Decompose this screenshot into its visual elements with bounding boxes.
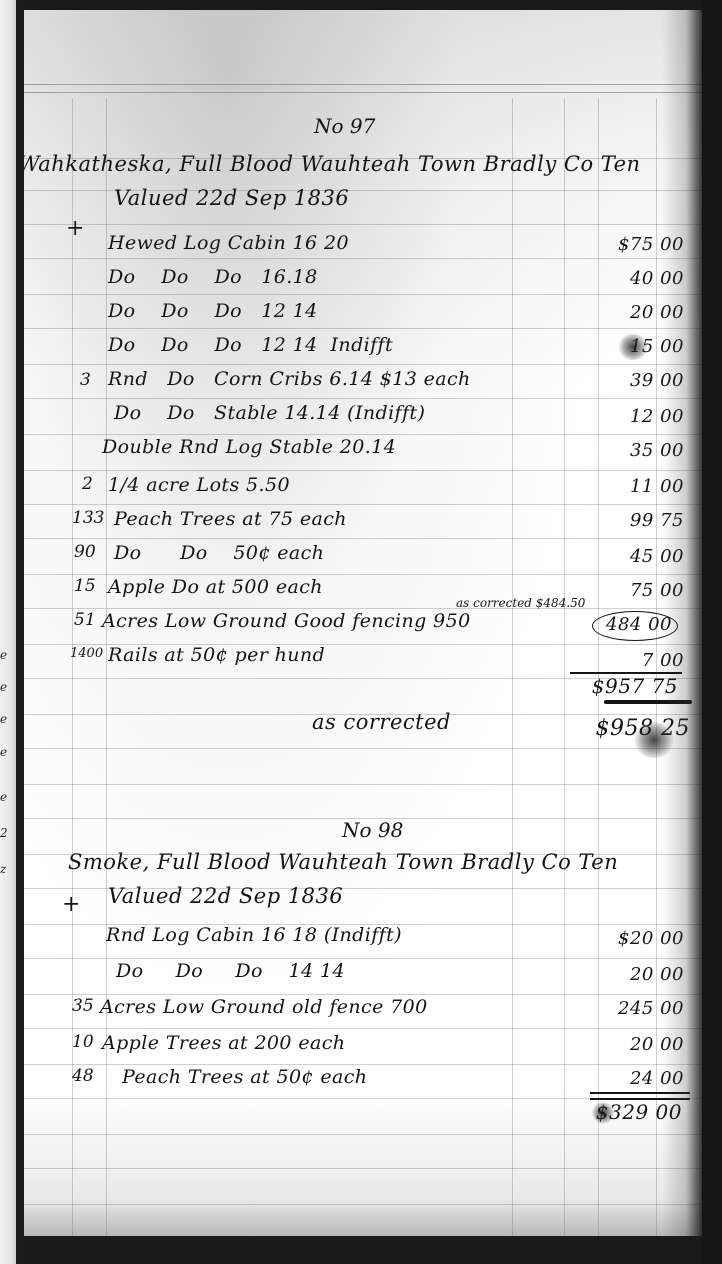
ruling-line [24,84,702,85]
margin-fragment: e [0,790,7,804]
ruling-line [24,328,702,329]
item-description: Acres Low Ground Good fencing 950 [102,610,471,632]
item-quantity: 2 [82,474,93,494]
ruling-line [24,1204,702,1205]
item-description: Do Do Do 14 14 [116,960,345,982]
item-quantity: 10 [72,1032,94,1052]
item-amount: $20 00 [574,928,684,949]
item-description: Apple Do at 500 each [108,576,323,598]
item-amount: 24 00 [574,1068,684,1089]
margin-fragment: e [0,712,7,726]
owner-line: Wahkatheska, Full Blood Wauhteah Town Br… [24,152,641,176]
ruling-line [24,92,702,93]
entry-total: $957 75 [568,674,678,698]
plus-mark-icon: + [62,892,80,917]
ruling-line [24,574,702,575]
owner-line: Smoke, Full Blood Wauhteah Town Bradly C… [68,850,618,874]
item-description: Peach Trees at 50¢ each [122,1066,367,1088]
item-quantity: 48 [72,1066,94,1086]
ink-blot [618,334,648,360]
item-quantity: 90 [74,542,96,562]
ruling-line [24,1134,702,1135]
correction-note: as corrected $484.50 [456,596,585,610]
item-amount: 245 00 [574,998,684,1019]
item-amount: 11 00 [574,476,684,497]
ruling-line [24,398,702,399]
item-description: Double Rnd Log Stable 20.14 [102,436,396,458]
scan-border-right [702,0,722,1264]
valued-date: Valued 22d Sep 1836 [114,186,349,210]
ruling-line [24,258,702,259]
ruling-line [24,224,702,225]
ruling-line [24,434,702,435]
ruling-column [512,98,513,1236]
ink-blot [592,1102,614,1124]
item-amount: $75 00 [574,234,684,255]
item-description: Do Do 50¢ each [114,542,324,564]
ruling-line [24,504,702,505]
item-amount: 75 00 [574,580,684,601]
ruling-column [106,98,107,1236]
ledger-page: No 97 Wahkatheska, Full Blood Wauhteah T… [24,10,702,1236]
item-description: Do Do Stable 14.14 (Indifft) [114,402,425,424]
ruling-line [24,958,702,959]
item-quantity: 35 [72,996,94,1016]
item-amount: 7 00 [574,650,684,671]
item-description: Rnd Do Corn Cribs 6.14 $13 each [108,368,471,390]
item-amount: 35 00 [574,440,684,461]
ruling-line [24,784,702,785]
plus-mark-icon: + [66,216,84,241]
ruling-line [24,538,702,539]
item-description: Apple Trees at 200 each [102,1032,345,1054]
item-amount: 40 00 [574,268,684,289]
item-description: Do Do Do 12 14 [108,300,318,322]
adjacent-page-strip: e e e e e 2 z [0,0,16,1264]
ruling-column [564,98,565,1236]
ruling-line [24,608,702,609]
item-quantity: 133 [72,508,104,528]
ruling-line [24,748,702,749]
item-description: Acres Low Ground old fence 700 [100,996,428,1018]
margin-fragment: e [0,680,7,694]
margin-fragment: 2 [0,826,8,840]
ruling-line [24,364,702,365]
item-quantity: 15 [74,576,96,596]
margin-fragment: z [0,862,6,876]
item-description: Rnd Log Cabin 16 18 (Indifft) [106,924,402,946]
item-description: Rails at 50¢ per hund [108,644,325,666]
corrected-label: as corrected [312,710,451,734]
item-amount: 20 00 [574,964,684,985]
book-spine [16,0,24,1264]
margin-fragment: e [0,745,7,759]
sum-rule [590,1092,690,1094]
item-description: 1/4 acre Lots 5.50 [108,474,290,496]
ruling-line [24,1028,702,1029]
margin-fragment: e [0,648,7,662]
ruling-line [24,470,702,471]
item-amount-circled: 484 00 [562,614,672,635]
entry-number: No 97 [314,114,375,138]
ruling-line [24,1064,702,1065]
total-underline [604,700,692,704]
ruling-line [24,1168,702,1169]
item-description: Hewed Log Cabin 16 20 [108,232,349,254]
item-description: Do Do Do 16.18 [108,266,318,288]
item-quantity: 3 [80,370,91,390]
ink-blot [634,722,674,758]
item-amount: 39 00 [574,370,684,391]
ruling-line [24,294,702,295]
entry-total: $329 00 [572,1100,682,1124]
entry-number: No 98 [342,818,403,842]
item-quantity: 51 [74,610,96,630]
item-amount: 99 75 [574,510,684,531]
valued-date: Valued 22d Sep 1836 [108,884,343,908]
item-amount: 20 00 [574,1034,684,1055]
item-amount: 12 00 [574,406,684,427]
ruling-line [24,994,702,995]
item-quantity: 1400 [70,646,103,661]
item-amount: 45 00 [574,546,684,567]
item-description: Do Do Do 12 14 Indifft [108,334,393,356]
item-amount: 20 00 [574,302,684,323]
item-description: Peach Trees at 75 each [114,508,347,530]
